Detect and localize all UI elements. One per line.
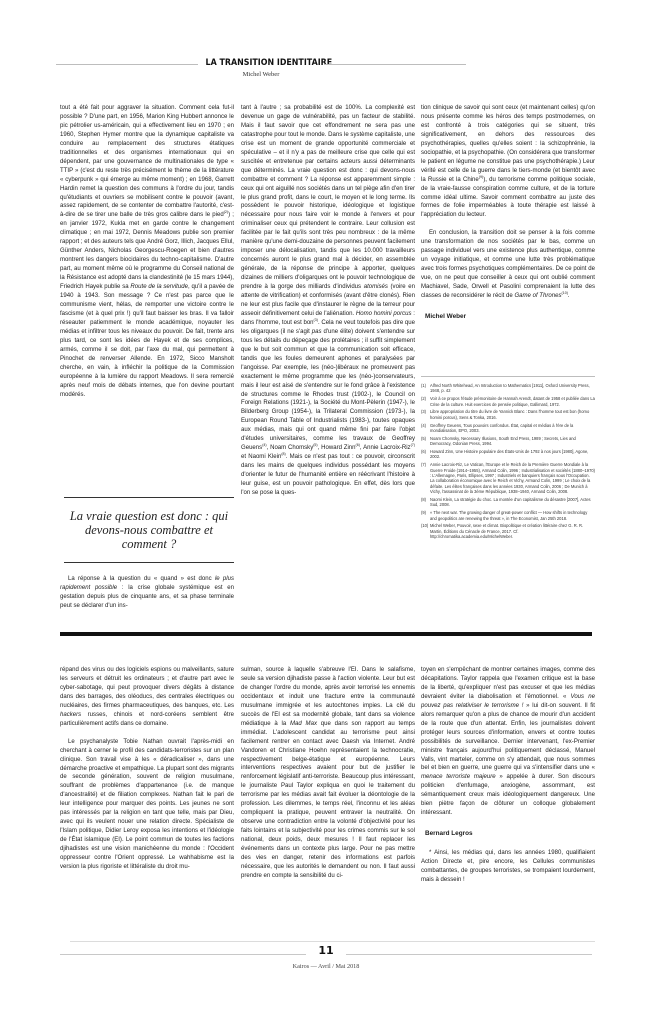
text-run: et Naomi Klein bbox=[241, 454, 281, 460]
text-run: tant à l'autre ; sa probabilité est de 1… bbox=[241, 105, 415, 290]
text-run: La réponse à la question du « quand » es… bbox=[68, 576, 215, 582]
footnote-text: Michel Weber, Pouvoir, sexe et climat. B… bbox=[430, 523, 595, 539]
magazine-page: LA TRANSITION IDENTITAIRE Michel Weber t… bbox=[0, 0, 652, 1024]
top-column-3: tion clinique de savoir qui sont ceux (e… bbox=[421, 104, 595, 322]
paragraph: sulman, source à laquelle s'abreuve l'EI… bbox=[241, 666, 415, 881]
footnote-number: (3) bbox=[421, 409, 430, 420]
paragraph: répand des virus ou des logiciels espion… bbox=[60, 666, 234, 729]
footnote-number: (4) bbox=[421, 423, 430, 434]
footnote: (8)Naomi Klein, La stratégie du choc. La… bbox=[421, 497, 595, 508]
quotation: menace terroriste majeure bbox=[421, 774, 496, 780]
text-run: » appelée à durer. Son discours politici… bbox=[421, 774, 595, 816]
text-run: . bbox=[568, 293, 570, 299]
emphasis: atomisés bbox=[364, 284, 388, 290]
footnote-number: (2) bbox=[421, 396, 430, 407]
text-run: » lui dit-on souvent. Il fit alors remar… bbox=[421, 703, 595, 772]
author-signature: Bernard Legros bbox=[421, 830, 595, 839]
footnote-number: (1) bbox=[421, 383, 430, 394]
text-run: , Howard Zinn bbox=[318, 445, 356, 451]
book-title: Route de la servitude bbox=[130, 284, 188, 290]
footnote-number: (8) bbox=[421, 497, 430, 508]
pull-quote: La vraie question est donc : qui devons-… bbox=[64, 497, 234, 563]
text-run: tout a été fait pour aggraver la situati… bbox=[60, 105, 234, 218]
page-header: LA TRANSITION IDENTITAIRE Michel Weber bbox=[56, 58, 466, 88]
footnote-text: Annie Lacroix-Riz, Le Vatican, l'Europe … bbox=[430, 462, 595, 494]
text-run: , qu'il a pavée de 1940 à 1943. Son mess… bbox=[60, 284, 234, 397]
footnote: (10)Michel Weber, Pouvoir, sexe et clima… bbox=[421, 523, 595, 539]
top-column-1: tout a été fait pour aggraver la situati… bbox=[60, 104, 234, 399]
author-signature: Michel Weber bbox=[421, 313, 595, 322]
asterisk-note: * Ainsi, les médias qui, dans les années… bbox=[421, 849, 595, 885]
bottom-column-3: toyen en s'empêchant de montrer certaine… bbox=[421, 666, 595, 885]
header-rule-right bbox=[324, 64, 466, 65]
film-title: Mad Max bbox=[290, 721, 317, 727]
paragraph: toyen en s'empêchant de montrer certaine… bbox=[421, 666, 595, 818]
footer-rule-left bbox=[60, 954, 306, 955]
footnote: (1)Alfred North Whitehead, An Introducti… bbox=[421, 383, 595, 394]
footnote-text: Noam Chomsky, Necessary Illusions, South… bbox=[430, 436, 595, 447]
footnote-text: Naomi Klein, La stratégie du choc. La mo… bbox=[430, 497, 595, 508]
text-run: sulman, source à laquelle s'abreuve l'EI… bbox=[241, 667, 415, 727]
text-run: russes, chinois et nord-coréens semblent… bbox=[60, 712, 234, 727]
paragraph: En conclusion, la transition doit se pen… bbox=[421, 229, 595, 301]
emphasis: Homo homini porcus bbox=[356, 311, 412, 317]
page-number: 11 bbox=[306, 944, 346, 957]
header-rule-left bbox=[56, 64, 198, 65]
bottom-column-2: sulman, source à laquelle s'abreuve l'EI… bbox=[241, 666, 415, 881]
footnote: (2)Voir à ce propos l'étude prémonitoire… bbox=[421, 396, 595, 407]
section-divider-bar bbox=[60, 632, 592, 636]
text-run: En conclusion, la transition doit se pen… bbox=[421, 230, 595, 299]
footnote-ref[interactable]: (7) bbox=[411, 443, 415, 447]
text-run: . Mais ce n'est pas tout : ce pouvoir, c… bbox=[241, 454, 415, 496]
paragraph: tant à l'autre ; sa probabilité est de 1… bbox=[241, 104, 415, 498]
footnote-number: (10) bbox=[421, 523, 430, 539]
footnote-number: (6) bbox=[421, 449, 430, 460]
footnotes-list: (1)Alfred North Whitehead, An Introducti… bbox=[421, 383, 595, 542]
footer-rule-right bbox=[346, 954, 592, 955]
text-run: tion clinique de savoir qui sont ceux (e… bbox=[421, 105, 595, 183]
emphasis: pas bbox=[312, 329, 322, 335]
text-run: , Noam Chomsky bbox=[267, 445, 314, 451]
footnote: (7)Annie Lacroix-Riz, Le Vatican, l'Euro… bbox=[421, 462, 595, 494]
footnote-number: (9) bbox=[421, 510, 430, 521]
footnote: (9)« The next war. The growing danger of… bbox=[421, 510, 595, 521]
footnote-text: « The next war. The growing danger of gr… bbox=[430, 510, 595, 521]
top-column-1-continued: La réponse à la question du « quand » es… bbox=[60, 575, 234, 611]
footnote-number: (5) bbox=[421, 436, 430, 447]
header-author: Michel Weber bbox=[56, 71, 466, 78]
bottom-column-1: répand des virus ou des logiciels espion… bbox=[60, 666, 234, 872]
footnote-text: Geoffrey Geuens, Tous pouvoirs confondus… bbox=[430, 423, 595, 434]
footnote-text: Alfred North Whitehead, An Introduction … bbox=[430, 383, 595, 394]
paragraph: tout a été fait pour aggraver la situati… bbox=[60, 104, 234, 399]
text-run: , Annie Lacroix-Riz bbox=[360, 445, 411, 451]
footnote-number: (7) bbox=[421, 462, 430, 494]
text-run: que dans son rapport au temps immédiat. … bbox=[241, 721, 415, 879]
emphasis: hackers bbox=[60, 712, 81, 718]
footnote: (5)Noam Chomsky, Necessary Illusions, So… bbox=[421, 436, 595, 447]
pull-quote-text: La vraie question est donc : qui devons-… bbox=[64, 498, 234, 551]
footnote: (3)Libre appropriation du titre du livre… bbox=[421, 409, 595, 420]
paragraph: La réponse à la question du « quand » es… bbox=[60, 575, 234, 611]
footnote-text: Voir à ce propos l'étude prémonitoire de… bbox=[430, 396, 595, 407]
top-column-2: tant à l'autre ; sa probabilité est de 1… bbox=[241, 104, 415, 498]
text-run: toyen en s'empêchant de montrer certaine… bbox=[421, 667, 595, 700]
text-run: répand des virus ou des logiciels espion… bbox=[60, 667, 234, 709]
text-run: d'une élite) doivent s'entendre sur tous… bbox=[241, 329, 415, 451]
footnote-text: Libre appropriation du titre du livre de… bbox=[430, 409, 595, 420]
work-title: Game of Thrones bbox=[514, 293, 561, 299]
paragraph: Le psychanalyste Tobie Nathan ouvrait l'… bbox=[60, 738, 234, 872]
footnote: (6)Howard Zinn, Une Histoire populaire d… bbox=[421, 449, 595, 460]
text-run: conformisés bbox=[309, 293, 342, 299]
footnote: (4)Geoffrey Geuens, Tous pouvoirs confon… bbox=[421, 423, 595, 434]
footnote-text: Howard Zinn, Une Histoire populaire des … bbox=[430, 449, 595, 460]
section-title: LA TRANSITION IDENTITAIRE bbox=[206, 58, 317, 68]
text-run: ) ; en janvier 1972, Kukla met en garde … bbox=[60, 212, 234, 290]
paragraph: tion clinique de savoir qui sont ceux (e… bbox=[421, 104, 595, 220]
publication-info: Kairos — Avril / Mai 2018 bbox=[220, 963, 432, 970]
footnotes-rule bbox=[421, 376, 595, 377]
bottom-rule bbox=[70, 941, 595, 942]
